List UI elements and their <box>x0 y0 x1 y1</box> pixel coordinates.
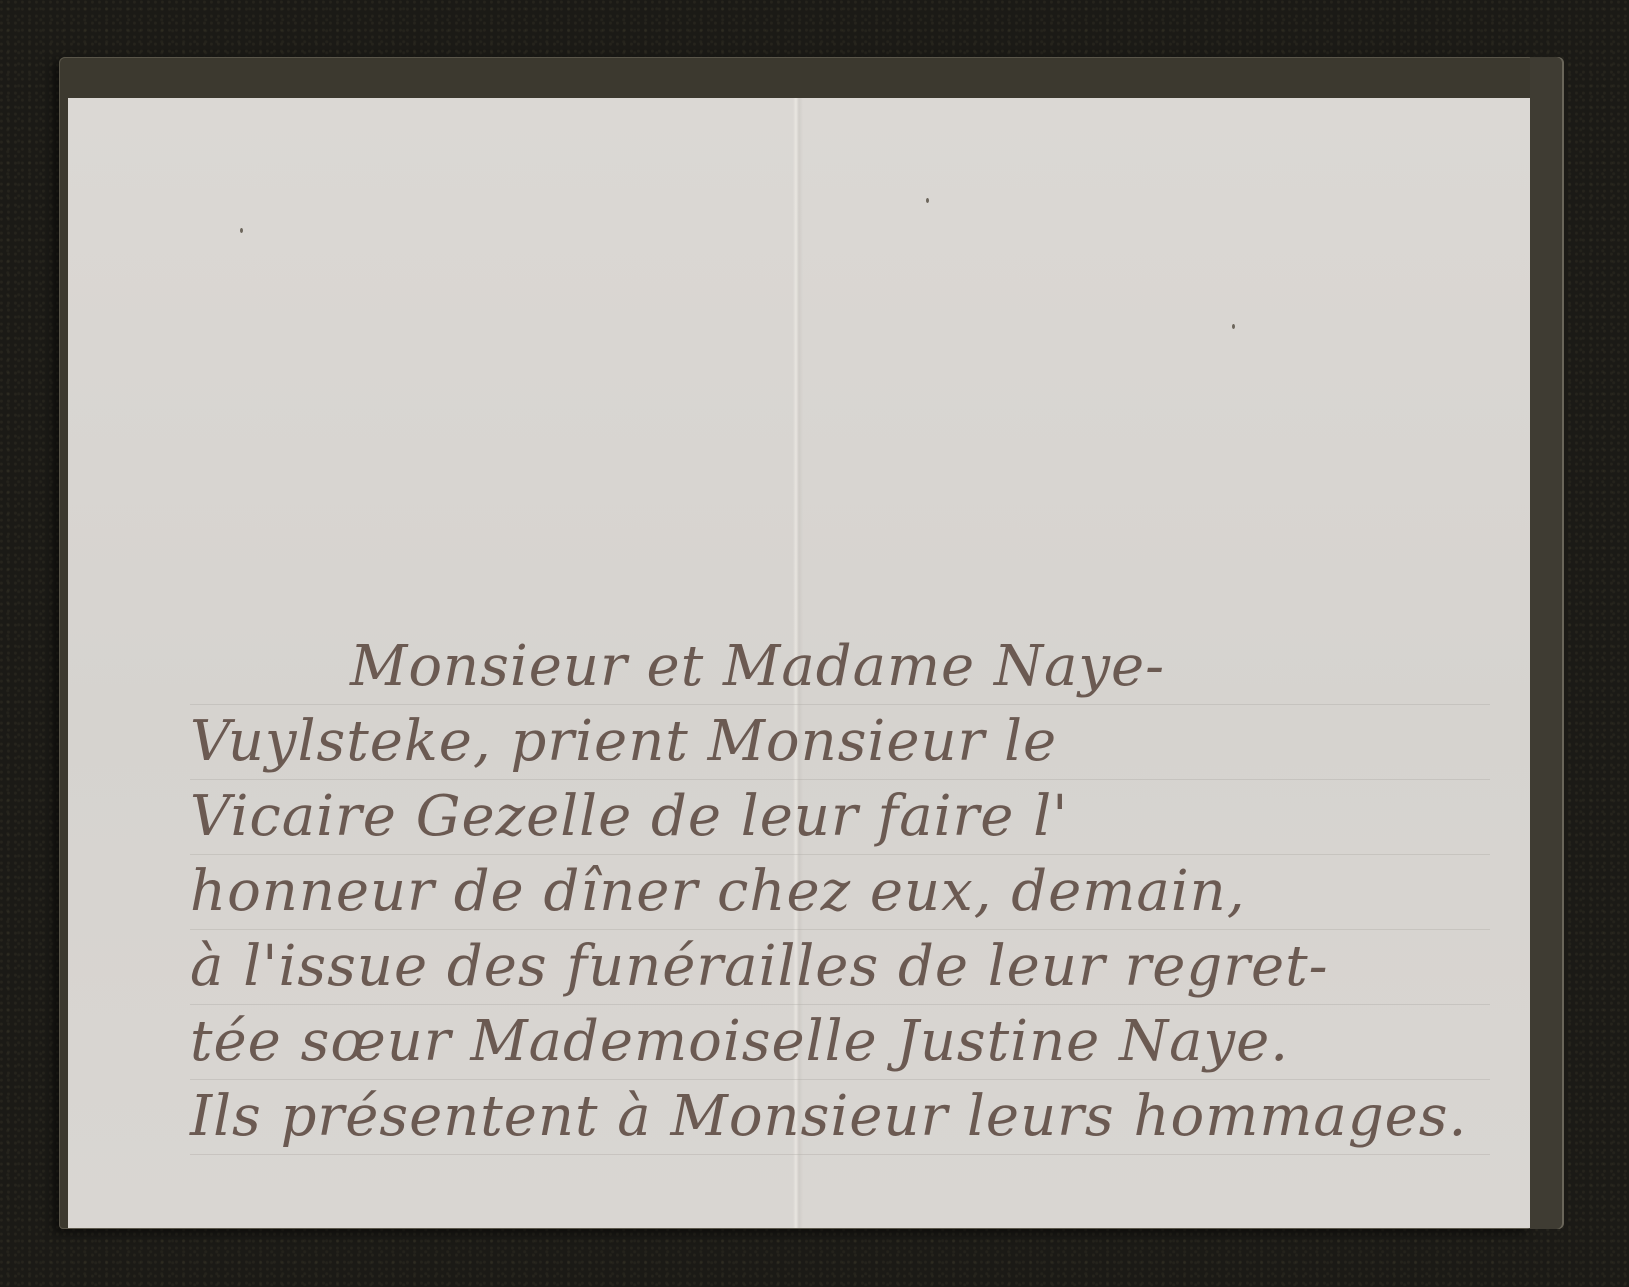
letter-line: Vuylsteke, prient Monsieur le <box>190 705 1490 780</box>
paper-speck <box>240 228 243 233</box>
letter-line: à l'issue des funérailles de leur regret… <box>190 930 1490 1005</box>
letter-line: tée sœur Mademoiselle Justine Naye. <box>190 1005 1490 1080</box>
paper-speck <box>926 198 929 203</box>
letter-line: Monsieur et Madame Naye- <box>190 630 1490 705</box>
letter-line: honneur de dîner chez eux, demain, <box>190 855 1490 930</box>
sleeve-edge <box>1530 57 1564 1229</box>
letter-line: Vicaire Gezelle de leur faire l' <box>190 780 1490 855</box>
letter-body: Monsieur et Madame Naye- Vuylsteke, prie… <box>190 630 1490 1155</box>
paper-speck <box>1232 324 1235 329</box>
letter-line: Ils présentent à Monsieur leurs hommages… <box>190 1080 1490 1155</box>
